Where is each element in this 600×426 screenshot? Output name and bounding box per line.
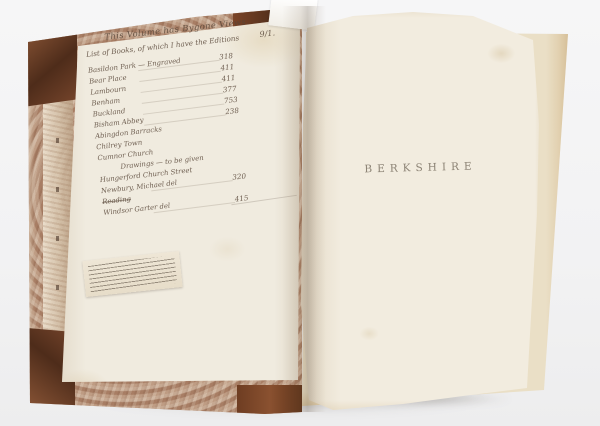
leather-corner-top-left — [25, 21, 77, 106]
fee-mark: 9/1. — [259, 28, 275, 39]
loose-paper-slip — [268, 0, 318, 31]
book-photo: This Volume has Bygone Views. List of Bo… — [0, 0, 600, 426]
handwritten-index: This Volume has Bygone Views. List of Bo… — [84, 13, 295, 220]
title-page-text: BERKSHIRE — [343, 160, 493, 176]
leather-strip-bottom-right — [237, 385, 303, 415]
title-page: BERKSHIRE — [293, 4, 547, 416]
